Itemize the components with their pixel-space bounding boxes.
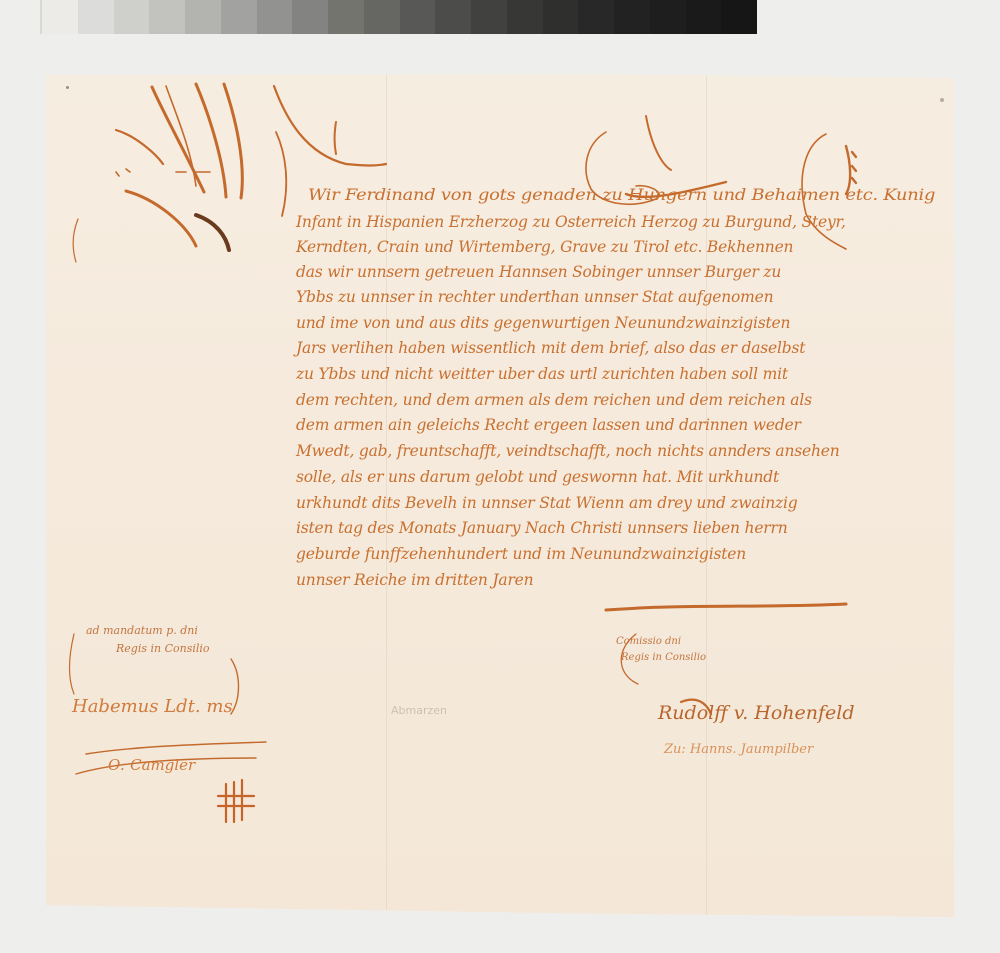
- gray-swatch: [471, 0, 507, 34]
- gray-swatch: [114, 0, 150, 34]
- document-text-line: dem armen ain geleichs Recht ergeen lass…: [296, 416, 801, 434]
- document-text-line: Mwedt, gab, freuntschafft, veindtschafft…: [296, 442, 840, 460]
- document-text-line: und ime von und aus dits gegenwurtigen N…: [296, 314, 790, 332]
- document-text-line: Infant in Hispanien Erzherzog zu Osterre…: [296, 213, 846, 231]
- registration-note: Habemus Ldt. ms: [72, 696, 233, 717]
- gray-swatch: [221, 0, 257, 34]
- countersignature: Zu: Hanns. Jaumpilber: [664, 742, 813, 757]
- gray-swatch: [614, 0, 650, 34]
- gray-swatch: [78, 0, 114, 34]
- gray-swatch: [435, 0, 471, 34]
- gray-swatch: [578, 0, 614, 34]
- commission-note-line: Regis in Consilio: [621, 652, 706, 663]
- pin-hole: [940, 98, 944, 102]
- document-text-line: unnser Reiche im dritten Jaren: [296, 571, 533, 589]
- document-text-line: Jars verlihen haben wissentlich mit dem …: [296, 339, 805, 357]
- parchment-document: Wir Ferdinand von gots genaden zu Hunger…: [46, 74, 954, 917]
- gray-swatch: [42, 0, 78, 34]
- document-text-line: dem rechten, und dem armen als dem reich…: [296, 391, 812, 409]
- gray-swatch: [686, 0, 722, 34]
- document-text-line: geburde funffzehenhundert und im Neunund…: [296, 545, 746, 563]
- pencil-mark: Abmarzen: [391, 704, 447, 717]
- document-text-line: das wir unnsern getreuen Hannsen Sobinge…: [296, 263, 781, 281]
- gray-swatch: [364, 0, 400, 34]
- gray-swatch: [400, 0, 436, 34]
- document-text-line: Wir Ferdinand von gots genaden zu Hunger…: [308, 186, 935, 204]
- gray-swatch: [328, 0, 364, 34]
- commission-note-line: Comissio dni: [616, 636, 681, 647]
- grayscale-calibration-strip: [40, 0, 757, 34]
- chancery-note-line: ad mandatum p. dni: [86, 624, 198, 637]
- signature: Rudolff v. Hohenfeld: [658, 702, 855, 724]
- registration-note: O: Camgler: [108, 756, 195, 774]
- gray-swatch: [543, 0, 579, 34]
- gray-swatch: [721, 0, 757, 34]
- gray-swatch: [185, 0, 221, 34]
- document-text-line: zu Ybbs und nicht weitter uber das urtl …: [296, 365, 788, 383]
- document-text-line: Kerndten, Crain und Wirtemberg, Grave zu…: [296, 238, 793, 256]
- gray-swatch: [257, 0, 293, 34]
- gray-swatch: [149, 0, 185, 34]
- document-text-line: Ybbs zu unnser in rechter underthan unns…: [296, 288, 773, 306]
- document-text-line: isten tag des Monats January Nach Christ…: [296, 519, 788, 537]
- document-text-line: solle, als er uns darum gelobt und geswo…: [296, 468, 779, 486]
- chancery-note-line: Regis in Consilio: [116, 642, 210, 655]
- pin-hole: [66, 86, 69, 89]
- gray-swatch: [292, 0, 328, 34]
- gray-swatch: [507, 0, 543, 34]
- gray-swatch: [650, 0, 686, 34]
- document-text-line: urkhundt dits Bevelh in unnser Stat Wien…: [296, 494, 798, 512]
